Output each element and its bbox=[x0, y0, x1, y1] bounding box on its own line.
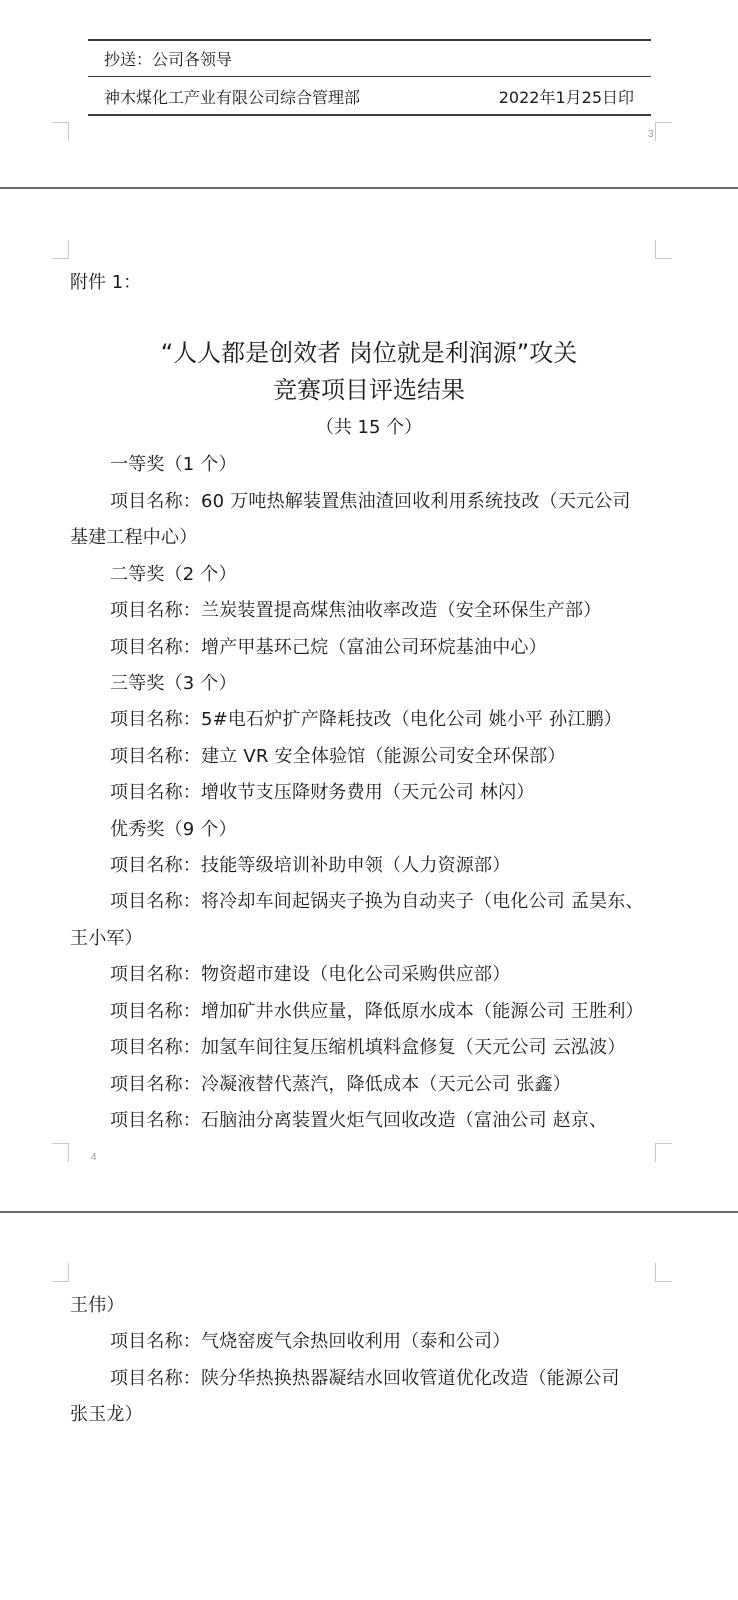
crop-mark-bottom-right bbox=[655, 1143, 672, 1162]
list-item: 项目名称：石脑油分离装置火炬气回收改造（富油公司 赵京、 bbox=[110, 1108, 607, 1134]
document-title-line-1: “人人都是创效者 岗位就是利润源”攻关 bbox=[0, 336, 738, 370]
project-count: （共 15 个） bbox=[0, 415, 738, 441]
award-heading-first: 一等奖（1 个） bbox=[110, 452, 237, 478]
list-item: 项目名称：60 万吨热解装置焦油渣回收利用系统技改（天元公司 bbox=[110, 489, 631, 515]
list-item: 项目名称：增收节支压降财务费用（天元公司 林闪） bbox=[110, 780, 535, 806]
list-item: 项目名称：5#电石炉扩产降耗技改（电化公司 姚小平 孙江鹏） bbox=[110, 707, 622, 733]
list-item: 项目名称：增加矿井水供应量，降低原水成本（能源公司 王胜利） bbox=[110, 999, 644, 1025]
crop-mark-top-right bbox=[655, 1263, 672, 1282]
list-item: 项目名称：建立 VR 安全体验馆（能源公司安全环保部） bbox=[110, 744, 566, 770]
cc-top-rule bbox=[88, 39, 651, 41]
cc-bottom-rule bbox=[88, 76, 651, 77]
award-heading-second: 二等奖（2 个） bbox=[110, 562, 237, 588]
crop-mark-bottom-right bbox=[655, 122, 672, 141]
crop-mark-top-left bbox=[52, 240, 69, 259]
list-item: 项目名称：增产甲基环己烷（富油公司环烷基油中心） bbox=[110, 635, 547, 661]
list-item: 项目名称：物资超市建设（电化公司采购供应部） bbox=[110, 962, 510, 988]
list-item: 项目名称：冷凝液替代蒸汽，降低成本（天元公司 张鑫） bbox=[110, 1072, 571, 1098]
list-item-continued: 张玉龙） bbox=[70, 1402, 143, 1428]
list-item: 项目名称：气烧窑废气余热回收利用（泰和公司） bbox=[110, 1329, 510, 1355]
issuer-name: 神木煤化工产业有限公司综合管理部 bbox=[104, 86, 360, 110]
list-item: 项目名称：兰炭装置提高煤焦油收率改造（安全环保生产部） bbox=[110, 598, 601, 624]
crop-mark-bottom-left bbox=[52, 1143, 69, 1162]
page-number: 3 bbox=[648, 129, 654, 140]
list-item: 项目名称：技能等级培训补助申领（人力资源部） bbox=[110, 853, 510, 879]
document-title-line-2: 竞赛项目评选结果 bbox=[0, 373, 738, 407]
page-separator bbox=[0, 1211, 738, 1213]
list-item: 项目名称：加氢车间往复压缩机填料盒修复（天元公司 云泓波） bbox=[110, 1035, 626, 1061]
issuer-line: 神木煤化工产业有限公司综合管理部 2022年1月25日印 bbox=[104, 86, 634, 110]
crop-mark-top-right bbox=[655, 240, 672, 259]
cc-recipients: 抄送：公司各领导 bbox=[104, 48, 232, 72]
attachment-label: 附件 1： bbox=[70, 270, 141, 296]
page-number: 4 bbox=[91, 1152, 97, 1163]
list-item-continued: 王小军） bbox=[70, 926, 143, 952]
crop-mark-bottom-left bbox=[52, 122, 69, 141]
list-item: 项目名称：陕分华热换热器凝结水回收管道优化改造（能源公司 bbox=[110, 1366, 620, 1392]
crop-mark-top-left bbox=[52, 1263, 69, 1282]
page-separator bbox=[0, 187, 738, 189]
list-item-continued: 基建工程中心） bbox=[70, 525, 197, 551]
list-item: 项目名称：将冷却车间起锅夹子换为自动夹子（电化公司 孟昊东、 bbox=[110, 889, 644, 915]
print-date: 2022年1月25日印 bbox=[499, 86, 634, 110]
issuer-bottom-rule bbox=[88, 114, 651, 116]
list-item-continued: 王伟） bbox=[70, 1293, 125, 1319]
award-heading-third: 三等奖（3 个） bbox=[110, 671, 237, 697]
award-heading-excellence: 优秀奖（9 个） bbox=[110, 817, 237, 843]
